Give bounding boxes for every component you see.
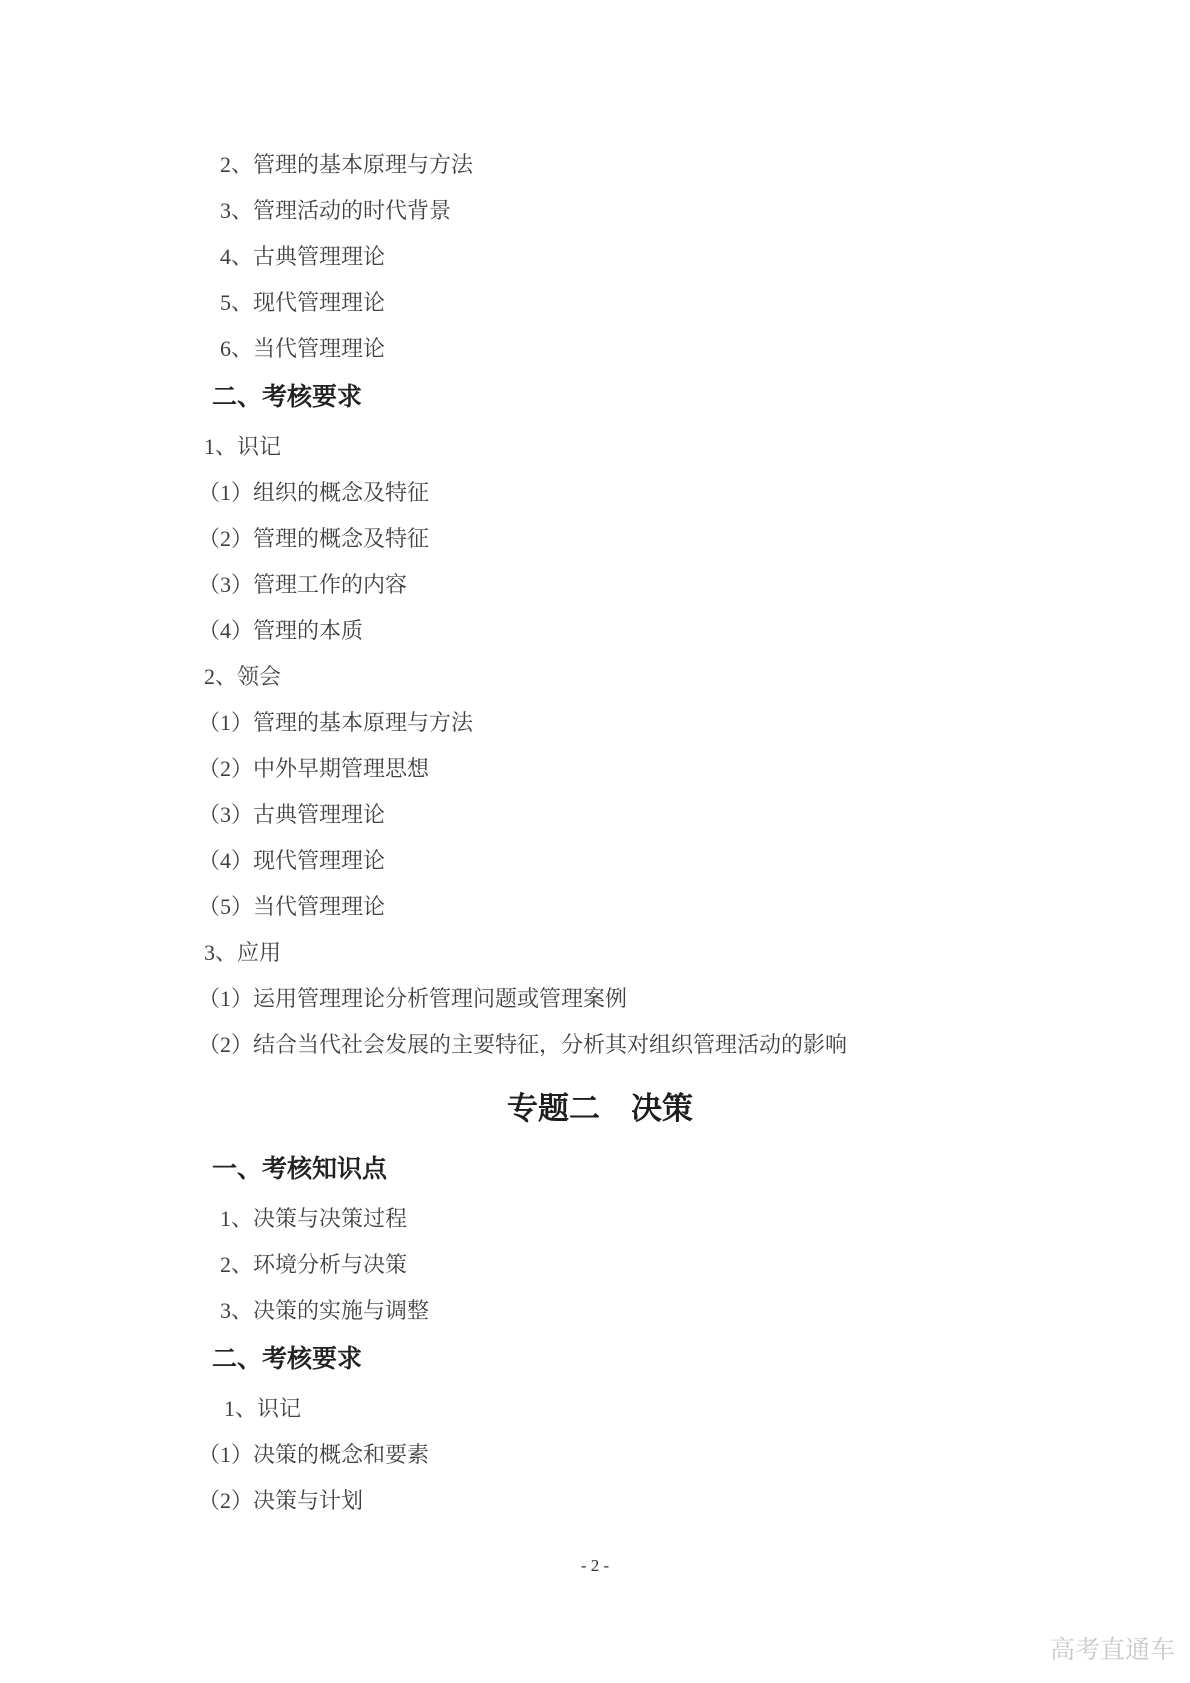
detail-item: （2）中外早期管理思想: [150, 746, 1050, 792]
detail-item: （1）运用管理理论分析管理问题或管理案例: [150, 976, 1050, 1022]
chapter-title: 专题二 决策: [150, 1080, 1050, 1138]
list-item: 6、当代管理理论: [150, 326, 1050, 372]
sub-list-item: 1、识记: [150, 1386, 1050, 1432]
list-item: 4、古典管理理论: [150, 234, 1050, 280]
sub-list-item: 1、识记: [150, 424, 1050, 470]
detail-item: （3）管理工作的内容: [150, 562, 1050, 608]
detail-item: （1）组织的概念及特征: [150, 470, 1050, 516]
detail-item: （2）管理的概念及特征: [150, 516, 1050, 562]
detail-item: （2）决策与计划: [150, 1478, 1050, 1524]
section-heading: 二、考核要求: [150, 1334, 1050, 1386]
document-body: 2、管理的基本原理与方法3、管理活动的时代背景4、古典管理理论5、现代管理理论6…: [150, 142, 1050, 1524]
detail-item: （4）现代管理理论: [150, 838, 1050, 884]
sub-list-item: 2、领会: [150, 654, 1050, 700]
detail-item: （1）决策的概念和要素: [150, 1432, 1050, 1478]
list-item: 5、现代管理理论: [150, 280, 1050, 326]
detail-item: （2）结合当代社会发展的主要特征，分析其对组织管理活动的影响: [150, 1022, 1050, 1068]
list-item: 1、决策与决策过程: [150, 1196, 1050, 1242]
detail-item: （5）当代管理理论: [150, 884, 1050, 930]
detail-item: （4）管理的本质: [150, 608, 1050, 654]
section-heading: 二、考核要求: [150, 372, 1050, 424]
list-item: 2、环境分析与决策: [150, 1242, 1050, 1288]
list-item: 2、管理的基本原理与方法: [150, 142, 1050, 188]
sub-list-item: 3、应用: [150, 930, 1050, 976]
watermark: 高考直通车: [1050, 1630, 1175, 1666]
detail-item: （1）管理的基本原理与方法: [150, 700, 1050, 746]
list-item: 3、管理活动的时代背景: [150, 188, 1050, 234]
document-page: 2、管理的基本原理与方法3、管理活动的时代背景4、古典管理理论5、现代管理理论6…: [0, 0, 1190, 1683]
page-number: - 2 -: [0, 1556, 1190, 1576]
list-item: 3、决策的实施与调整: [150, 1288, 1050, 1334]
detail-item: （3）古典管理理论: [150, 792, 1050, 838]
section-heading: 一、考核知识点: [150, 1144, 1050, 1196]
